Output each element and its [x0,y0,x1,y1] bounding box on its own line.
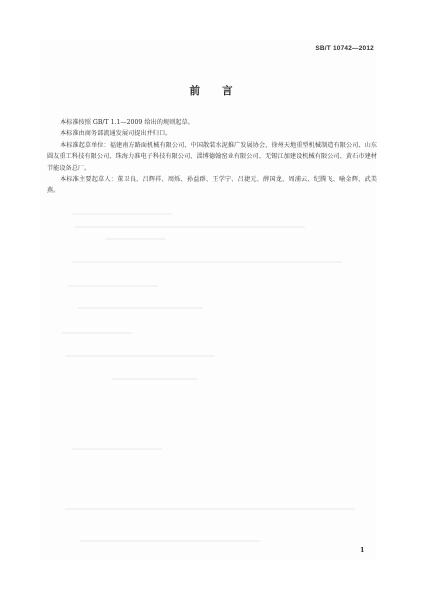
foreword-body: 本标准按照 GB/T 1.1—2009 给出的规则起草。 本标准由商务部流通发展… [47,117,377,197]
paragraph-proposer: 本标准由商务部流通发展司提出并归口。 [47,128,377,139]
paragraph-drafters: 本标准主要起草人：董卫良、吕辉祥、周烁、孙益群、王学宁、吕捷元、薛国龙、周浦云、… [47,174,377,197]
bleed-through-mark [72,213,172,215]
bleed-through-mark [78,307,203,309]
bleed-through-mark [68,285,158,287]
bleed-through-mark [65,355,215,357]
bleed-through-mark [105,238,165,240]
page-number: 1 [360,546,365,554]
bleed-through-mark [112,378,197,380]
bleed-through-mark [72,448,162,450]
page-title: 前言 [0,83,422,98]
bleed-through-mark [62,332,132,334]
paragraph-drafting-units: 本标准起草单位：福建南方路面机械有限公司、中国散装水泥推广发展协会、徐州天地重型… [47,140,377,174]
standard-number: SB/T 10742—2012 [315,45,374,52]
bleed-through-mark [72,261,342,263]
paragraph-drafting-rules: 本标准按照 GB/T 1.1—2009 给出的规则起草。 [47,117,377,128]
bleed-through-mark [80,540,260,542]
bleed-through-mark [75,226,305,228]
bleed-through-mark [65,508,355,510]
